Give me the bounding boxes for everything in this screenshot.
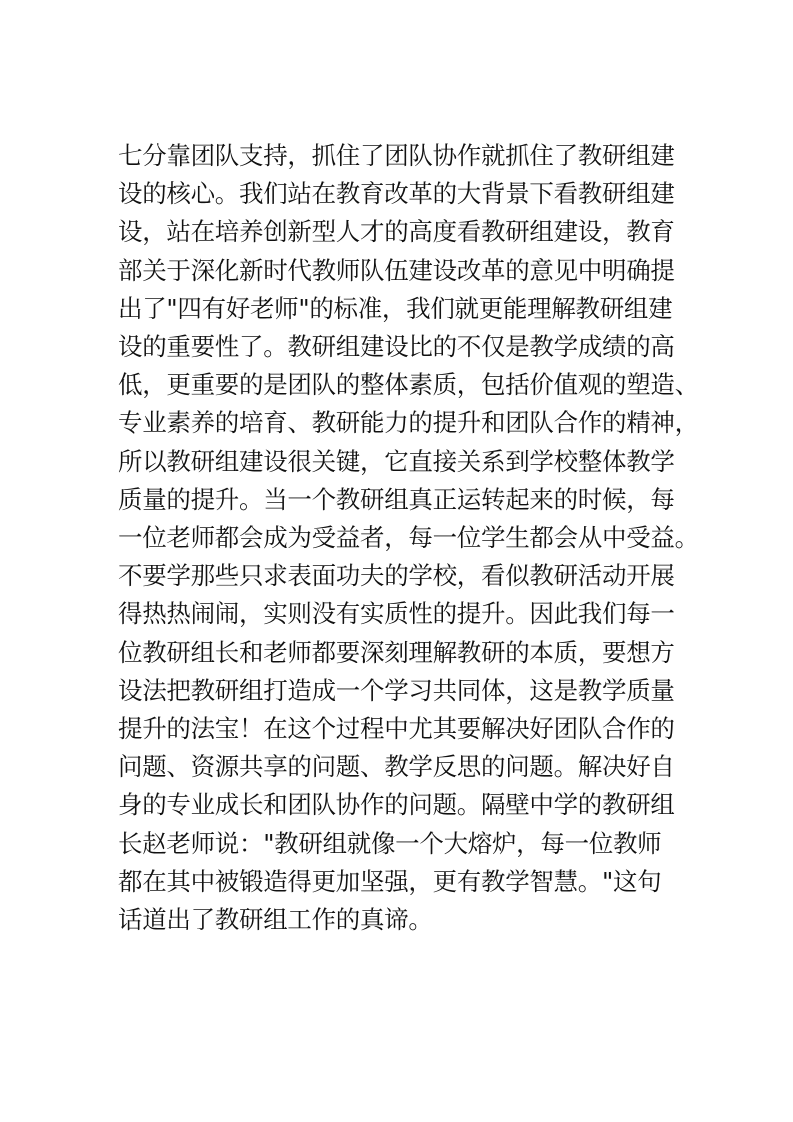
text-line: 质量的提升。当一个教研组真正运转起来的时候，每 xyxy=(118,481,698,519)
text-line: 设的重要性了。教研组建设比的不仅是教学成绩的高 xyxy=(118,328,698,366)
text-line: 所以教研组建设很关键，它直接关系到学校整体教学 xyxy=(118,443,698,481)
text-line: 问题、资源共享的问题、教学反思的问题。解决好自 xyxy=(118,748,698,786)
body-paragraph: 七分靠团队支持，抓住了团队协作就抓住了教研组建 设的核心。我们站在教育改革的大背… xyxy=(118,137,698,939)
text-line: 设法把教研组打造成一个学习共同体，这是教学质量 xyxy=(118,672,698,710)
text-line: 设的核心。我们站在教育改革的大背景下看教研组建 xyxy=(118,175,698,213)
text-line: 部关于深化新时代教师队伍建设改革的意见中明确提 xyxy=(118,252,698,290)
text-line: 一位老师都会成为受益者，每一位学生都会从中受益。 xyxy=(118,519,698,557)
text-line: 专业素养的培育、教研能力的提升和团队合作的精神， xyxy=(118,404,698,442)
text-line: 设，站在培养创新型人才的高度看教研组建设，教育 xyxy=(118,213,698,251)
document-page: 七分靠团队支持，抓住了团队协作就抓住了教研组建 设的核心。我们站在教育改革的大背… xyxy=(0,0,793,1122)
text-line: 不要学那些只求表面功夫的学校，看似教研活动开展 xyxy=(118,557,698,595)
text-line: 七分靠团队支持，抓住了团队协作就抓住了教研组建 xyxy=(118,137,698,175)
text-line: 身的专业成长和团队协作的问题。隔壁中学的教研组 xyxy=(118,786,698,824)
text-line: 低，更重要的是团队的整体素质，包括价值观的塑造、 xyxy=(118,366,698,404)
text-line: 提升的法宝！在这个过程中尤其要解决好团队合作的 xyxy=(118,710,698,748)
text-line: 长赵老师说："教研组就像一个大熔炉，每一位教师 xyxy=(118,825,698,863)
text-line: 出了"四有好老师"的标准，我们就更能理解教研组建 xyxy=(118,290,698,328)
text-line: 都在其中被锻造得更加坚强，更有教学智慧。"这句 xyxy=(118,863,698,901)
text-line: 得热热闹闹，实则没有实质性的提升。因此我们每一 xyxy=(118,595,698,633)
text-line: 位教研组长和老师都要深刻理解教研的本质，要想方 xyxy=(118,634,698,672)
text-line: 话道出了教研组工作的真谛。 xyxy=(118,901,698,939)
